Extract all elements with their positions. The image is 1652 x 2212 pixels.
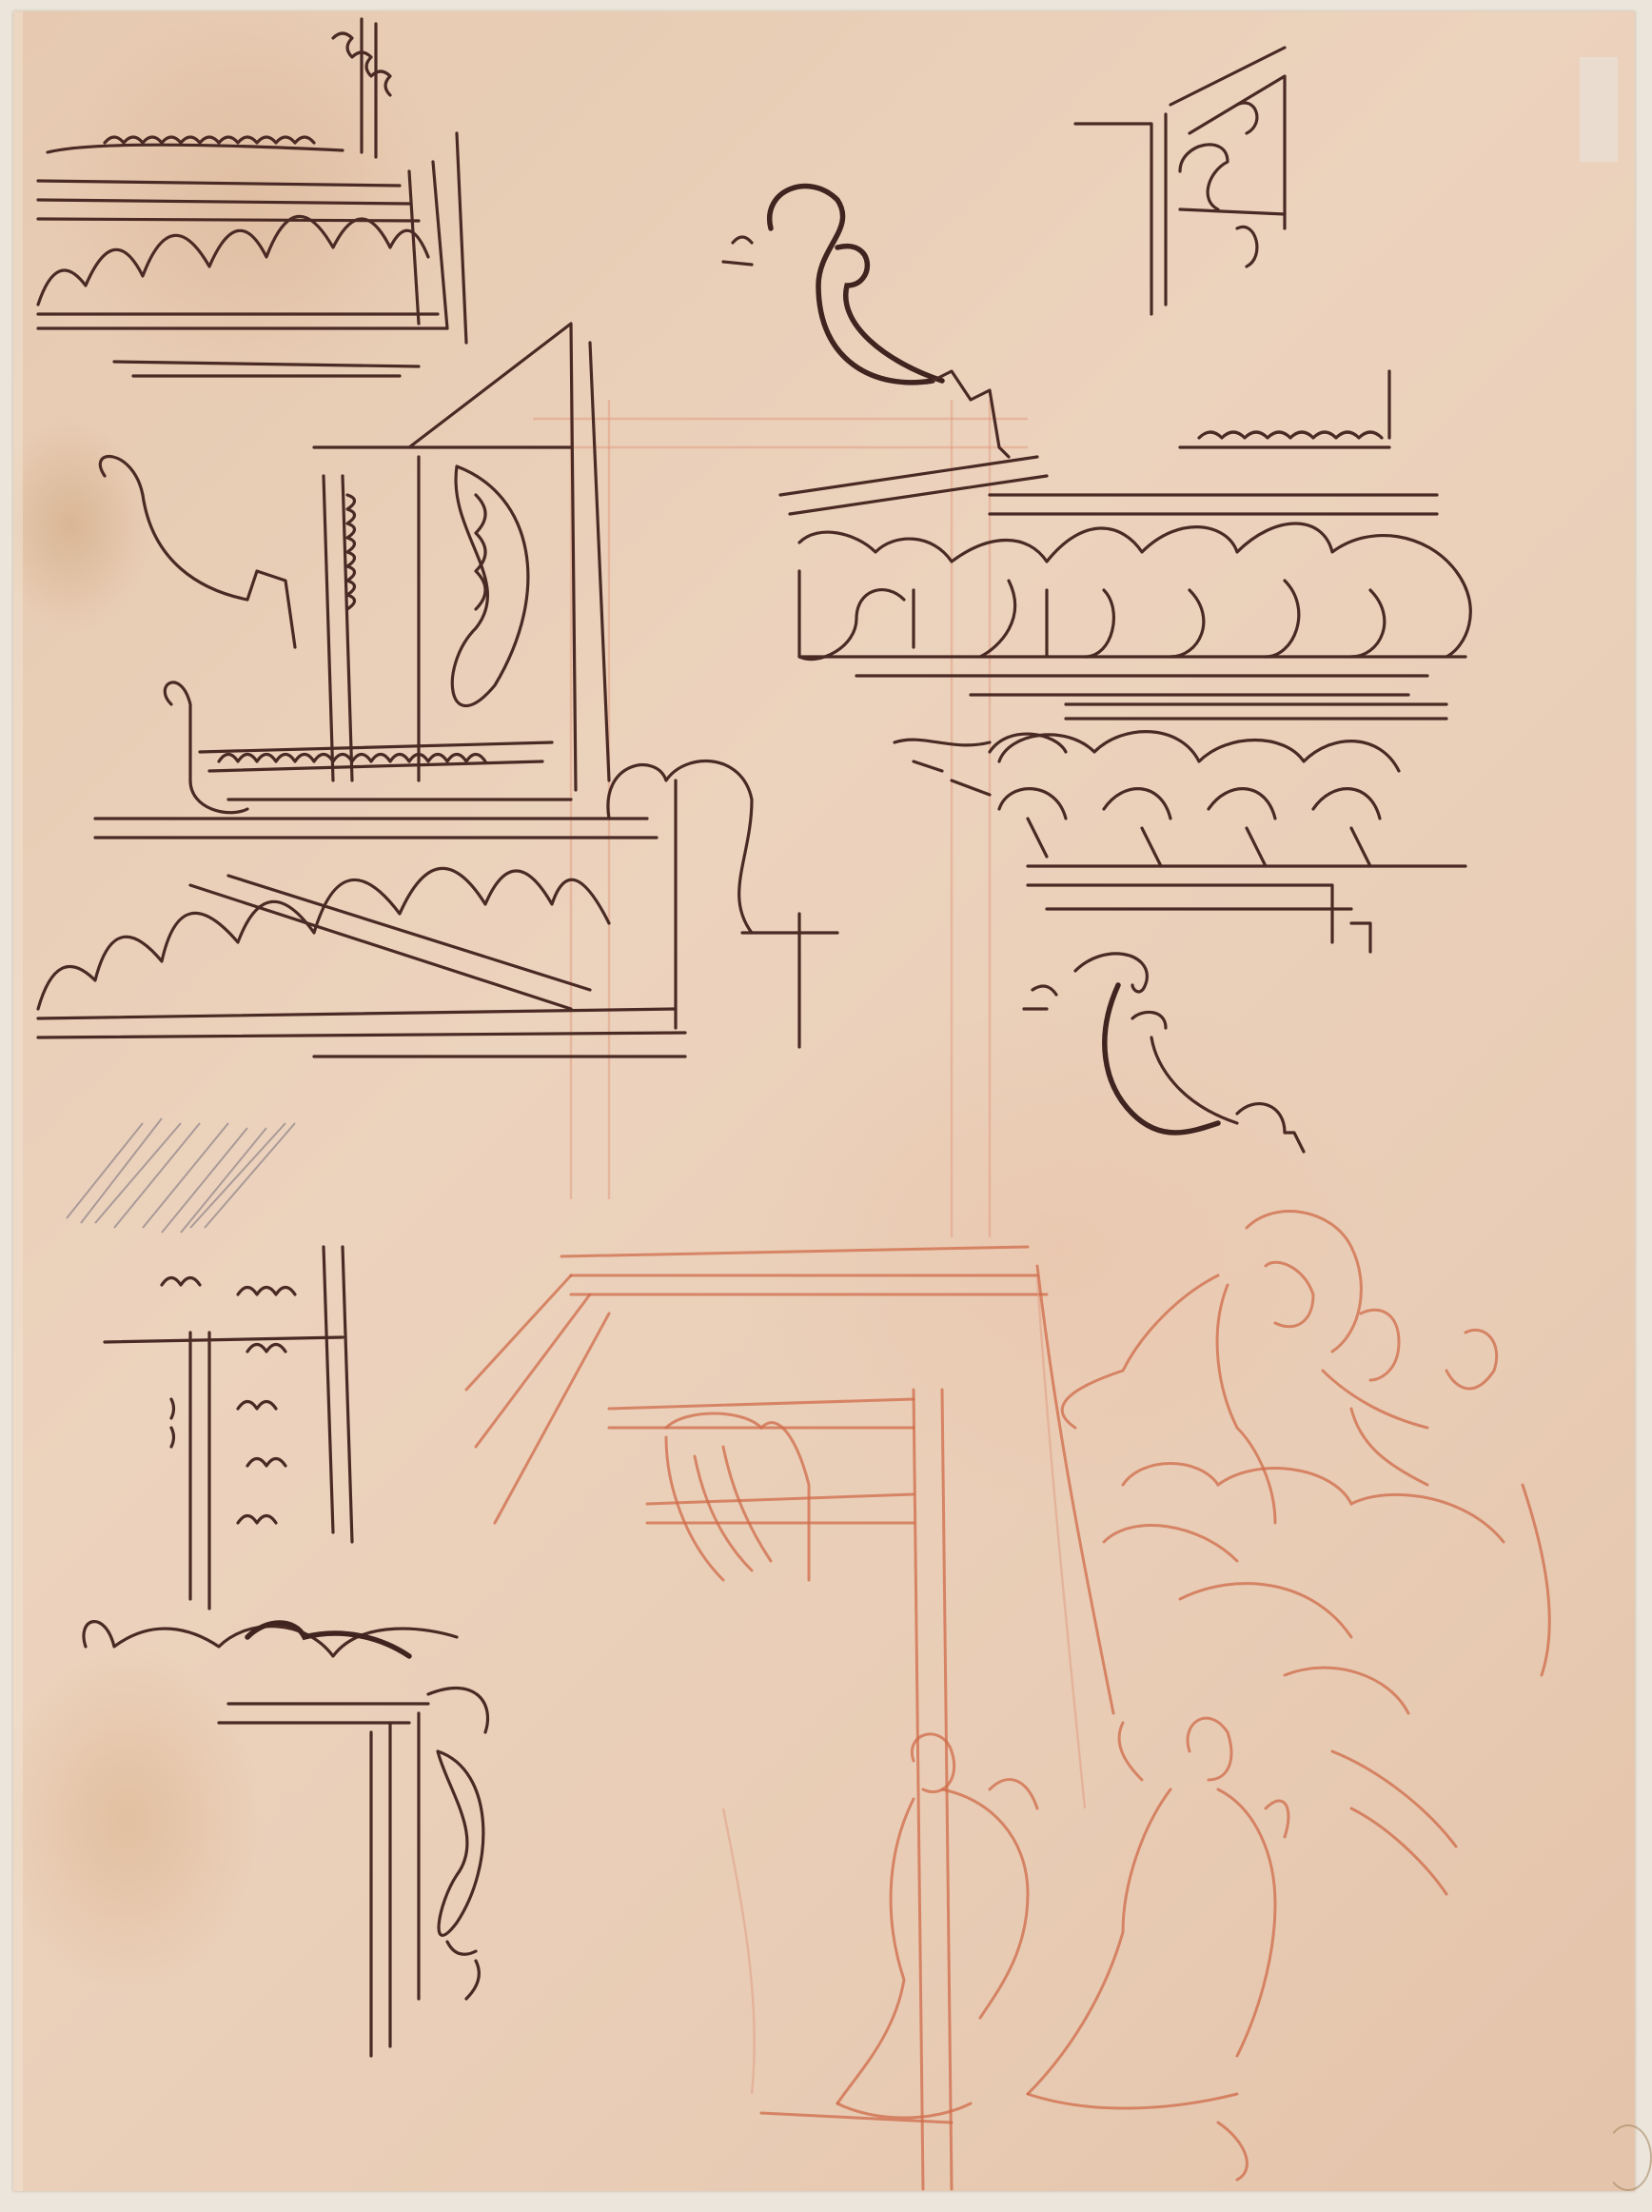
madonna-and-child-study <box>1037 1212 1549 1894</box>
drawing-layer <box>0 0 1652 2212</box>
top-left-frieze-study <box>38 19 466 376</box>
top-right-corner-study <box>1075 48 1285 314</box>
chalk-architecture-study <box>466 1247 1085 2189</box>
right-cornice-study <box>780 371 1470 952</box>
graphite-hatching <box>67 1118 295 1233</box>
mid-left-frame-study <box>38 324 837 1057</box>
right-scroll-study <box>1024 954 1304 1152</box>
collector-stamp <box>1604 2124 1652 2191</box>
kneeling-figures-study <box>723 1718 1288 2180</box>
top-center-scroll-study <box>723 187 1009 457</box>
bottom-left-frame-study <box>84 1247 488 2056</box>
